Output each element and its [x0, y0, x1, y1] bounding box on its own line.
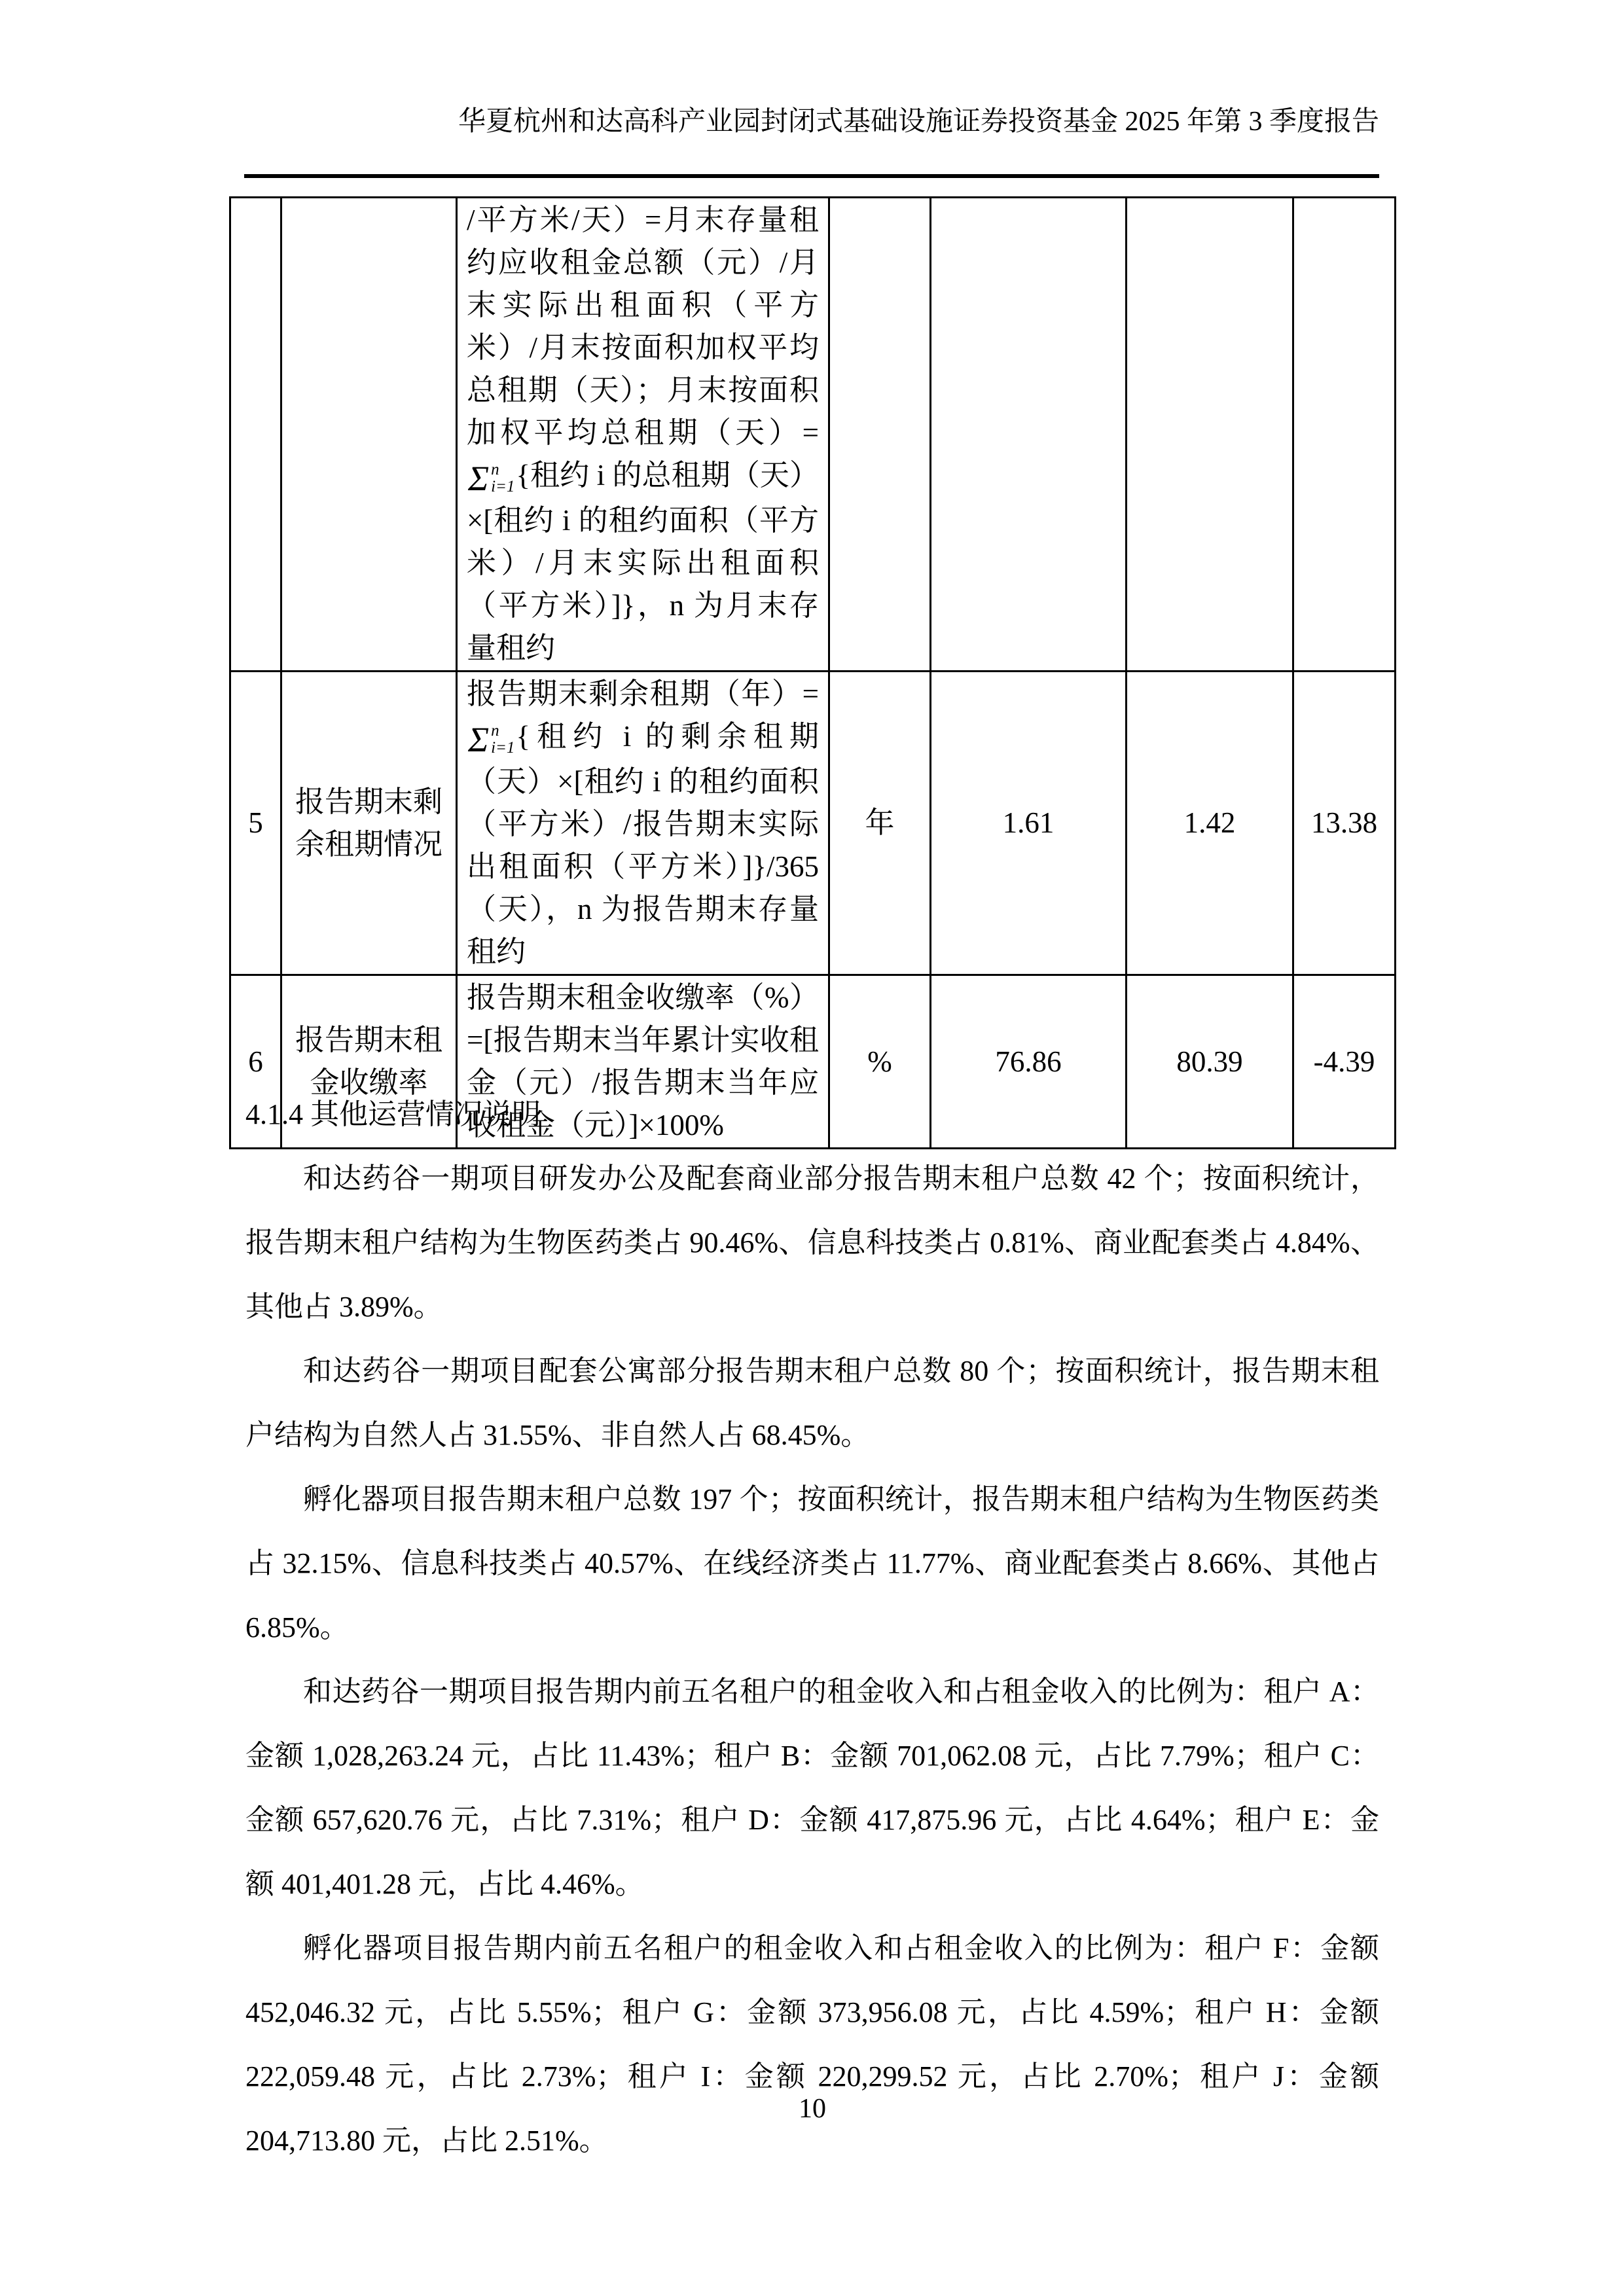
- formula-text: {租约 i 的总租期（天）×[租约 i 的租约面积（平方米）/月末实际出租面积（…: [467, 459, 819, 664]
- page-number: 10: [245, 2089, 1379, 2128]
- row-number-cell: 5: [230, 672, 281, 975]
- previous-value-cell: [1127, 198, 1293, 672]
- previous-value-cell: 1.42: [1127, 672, 1293, 975]
- sigma-limits: ni=1: [491, 723, 514, 757]
- paragraph: 孵化器项目报告期内前五名租户的租金收入和占租金收入的比例为：租户 F：金额 45…: [245, 1916, 1379, 2173]
- metric-name-cell: [281, 198, 457, 672]
- formula-cell: /平方米/天）=月末存量租约应收租金总额（元）/月末实际出租面积（平方米）/月末…: [457, 198, 829, 672]
- formula-text: /平方米/天）=月末存量租约应收租金总额（元）/月末实际出租面积（平方米）/月末…: [467, 204, 819, 449]
- sigma-notation: Σni=1: [468, 718, 514, 761]
- operating-metrics-table: /平方米/天）=月末存量租约应收租金总额（元）/月末实际出租面积（平方米）/月末…: [229, 196, 1396, 1149]
- row-number-cell: [230, 198, 281, 672]
- current-value-cell: 1.61: [931, 672, 1127, 975]
- paragraph: 孵化器项目报告期末租户总数 197 个；按面积统计，报告期末租户结构为生物医药类…: [245, 1467, 1379, 1660]
- unit-cell: [829, 198, 931, 672]
- page-header: 华夏杭州和达高科产业园封闭式基础设施证券投资基金 2025 年第 3 季度报告: [244, 103, 1379, 178]
- section-title: 其他运营情况说明: [310, 1098, 541, 1130]
- sigma-symbol: Σ: [468, 461, 489, 496]
- sigma-lower-limit: i=1: [491, 740, 514, 757]
- sigma-symbol: Σ: [468, 722, 489, 757]
- section-heading: 4.1.4 其他运营情况说明: [245, 1083, 1379, 1147]
- sigma-lower-limit: i=1: [491, 478, 514, 495]
- change-value-cell: 13.38: [1293, 672, 1396, 975]
- formula-text: 报告期末剩余租期（年）=: [467, 677, 819, 710]
- sigma-upper-limit: n: [491, 461, 514, 478]
- report-page: 华夏杭州和达高科产业园封闭式基础设施证券投资基金 2025 年第 3 季度报告 …: [0, 0, 1624, 2296]
- table-row-5: 5 报告期末剩余租期情况 报告期末剩余租期（年）=Σni=1{租约 i 的剩余租…: [230, 672, 1396, 975]
- paragraph: 和达药谷一期项目配套公寓部分报告期末租户总数 80 个；按面积统计，报告期末租户…: [245, 1339, 1379, 1467]
- sigma-limits: ni=1: [491, 461, 514, 495]
- paragraph: 和达药谷一期项目研发办公及配套商业部分报告期末租户总数 42 个；按面积统计，报…: [245, 1147, 1379, 1339]
- current-value-cell: [931, 198, 1127, 672]
- sigma-upper-limit: n: [491, 723, 514, 740]
- sigma-notation: Σni=1: [468, 457, 514, 499]
- page-header-title: 华夏杭州和达高科产业园封闭式基础设施证券投资基金 2025 年第 3 季度报告: [458, 107, 1379, 137]
- formula-text: {租约 i 的剩余租期（天）×[租约 i 的租约面积（平方米）/报告期末实际出租…: [467, 720, 819, 968]
- change-value-cell: [1293, 198, 1396, 672]
- section-number: 4.1.4: [245, 1098, 303, 1130]
- formula-cell: 报告期末剩余租期（年）=Σni=1{租约 i 的剩余租期（天）×[租约 i 的租…: [457, 672, 829, 975]
- unit-cell: 年: [829, 672, 931, 975]
- table-row-continued: /平方米/天）=月末存量租约应收租金总额（元）/月末实际出租面积（平方米）/月末…: [230, 198, 1396, 672]
- paragraph: 和达药谷一期项目报告期内前五名租户的租金收入和占租金收入的比例为：租户 A：金额…: [245, 1660, 1379, 1916]
- metric-name-cell: 报告期末剩余租期情况: [281, 672, 457, 975]
- body-text-block: 4.1.4 其他运营情况说明 和达药谷一期项目研发办公及配套商业部分报告期末租户…: [245, 1083, 1379, 2173]
